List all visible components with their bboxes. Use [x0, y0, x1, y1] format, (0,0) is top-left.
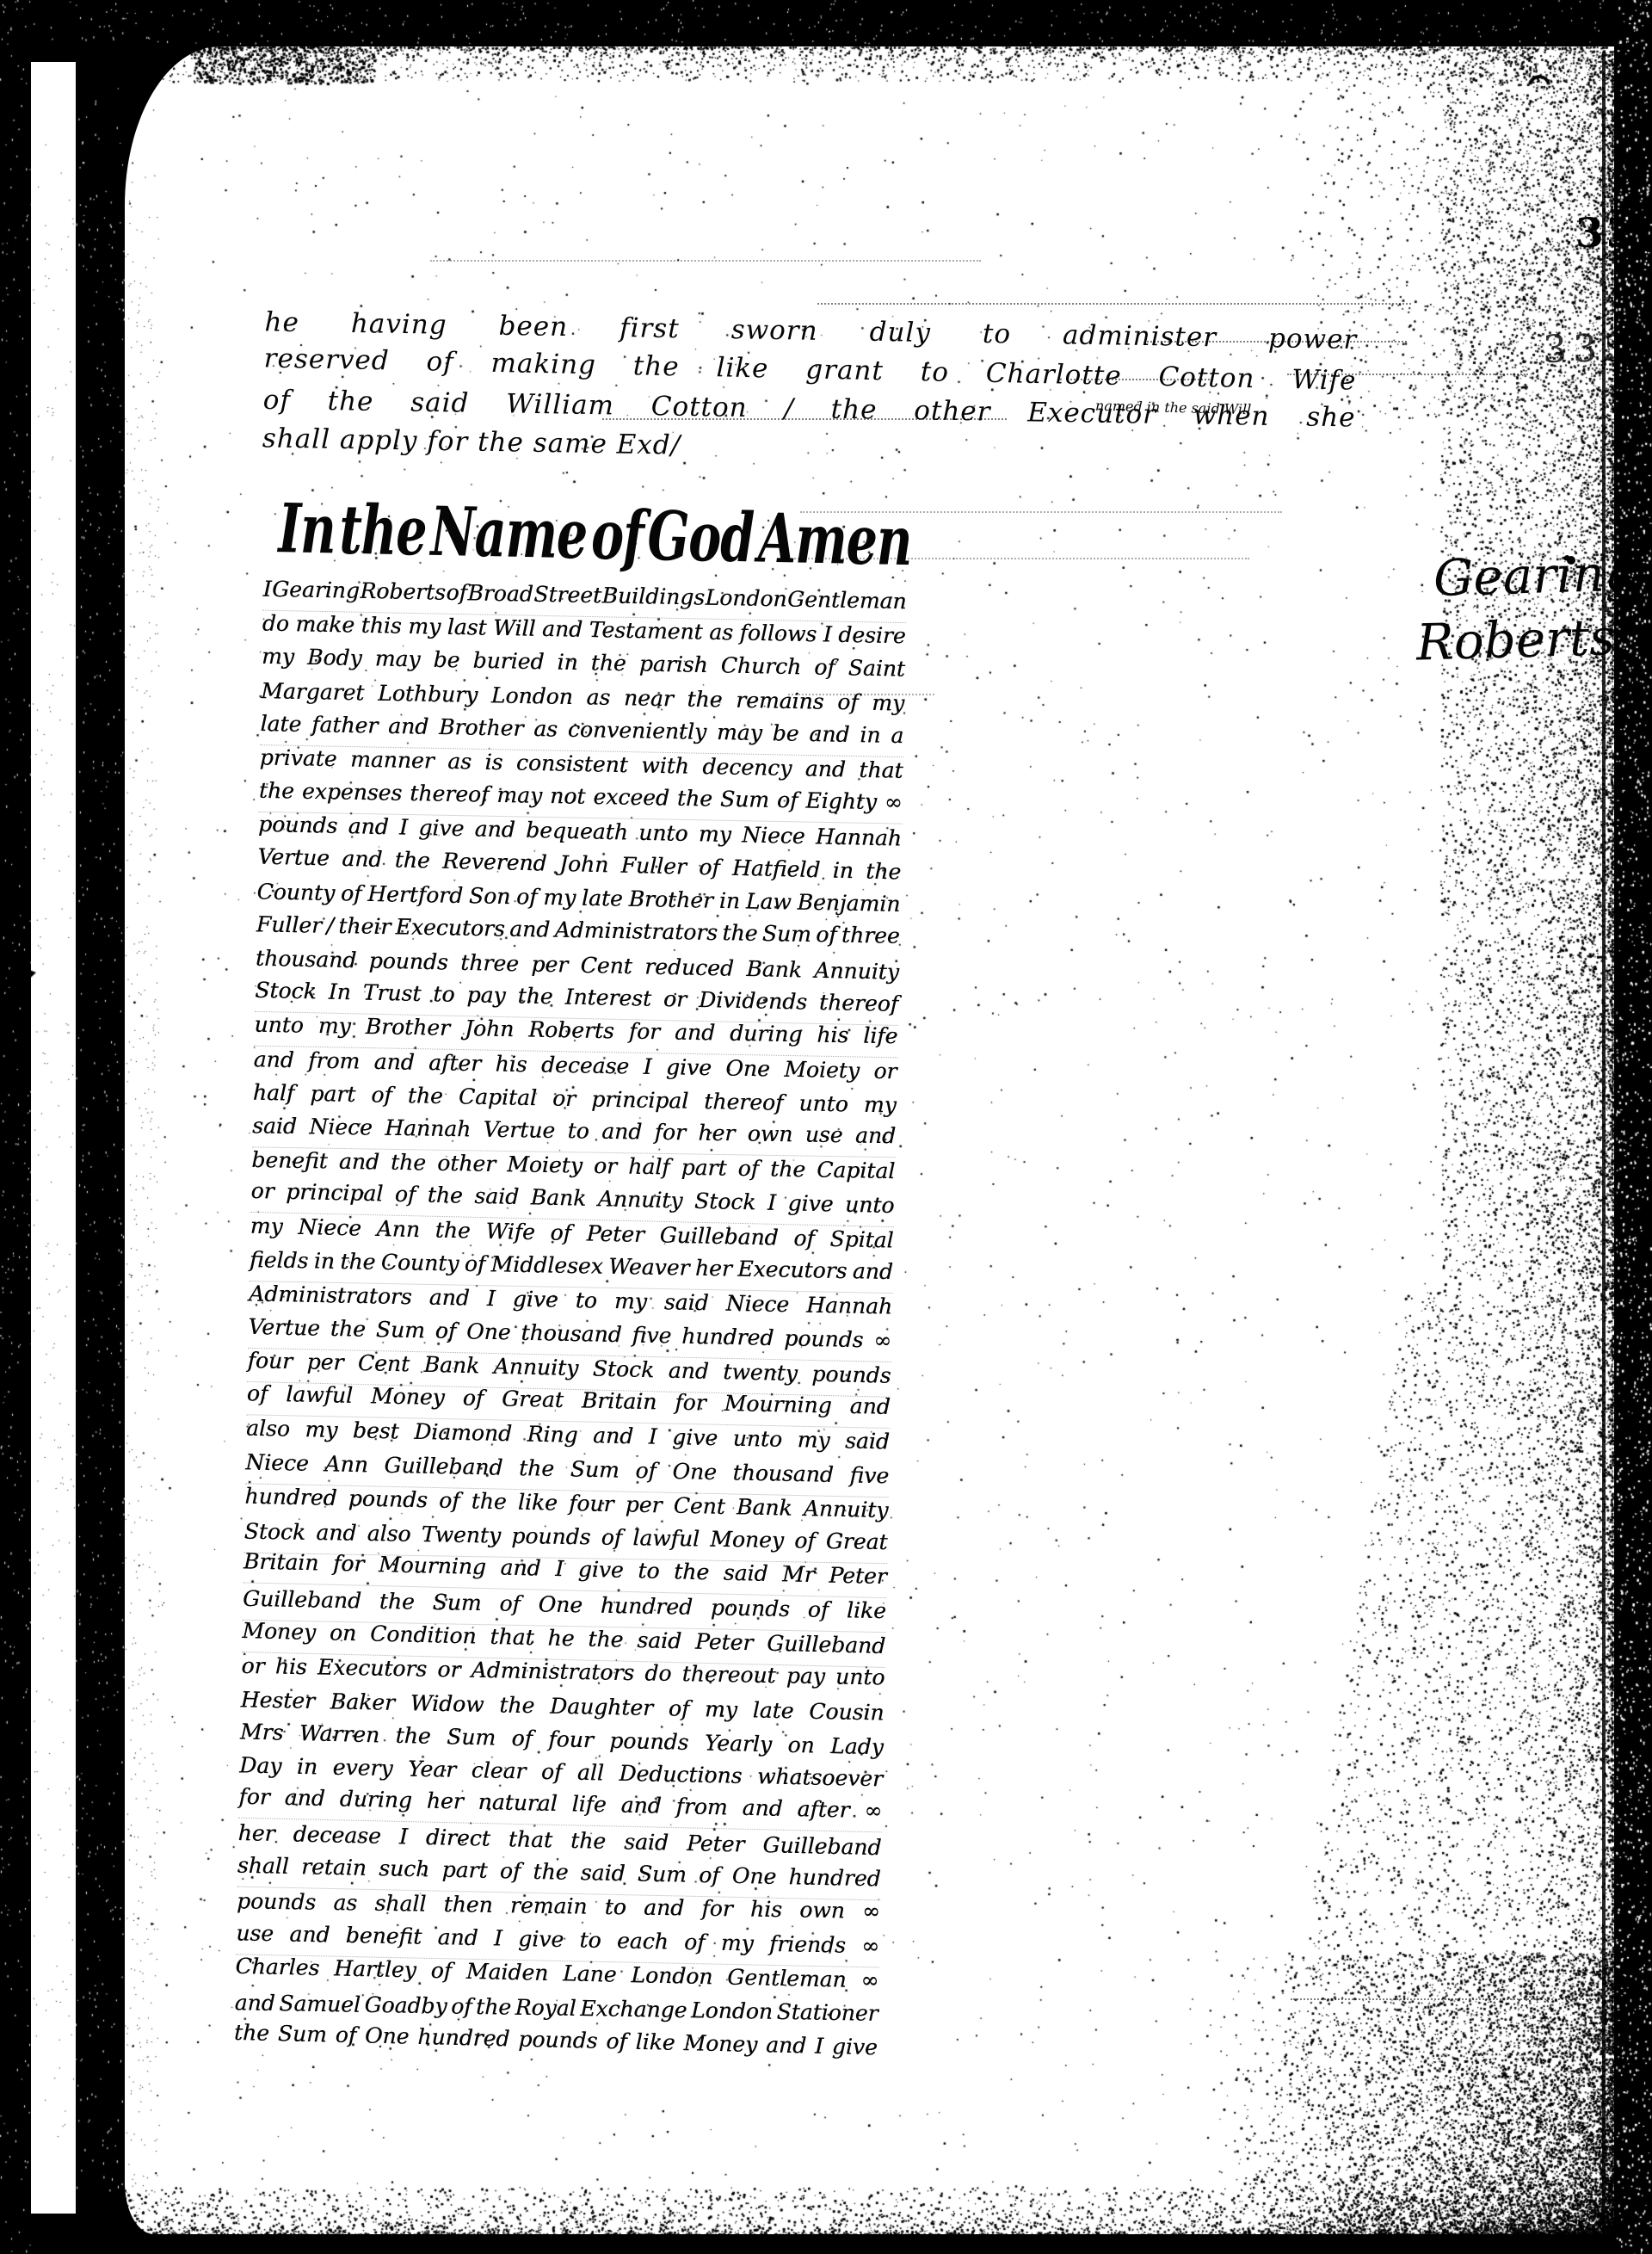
word: Lothbury	[378, 680, 478, 715]
word: Gentleman	[727, 1965, 847, 2001]
word: pounds	[811, 1361, 891, 1396]
word: Money	[371, 1384, 445, 1418]
word: and	[668, 1357, 709, 1392]
word: Spital	[829, 1226, 894, 1261]
word: thereof	[819, 990, 899, 1025]
word: said	[252, 1113, 297, 1146]
word: Cousin	[809, 1698, 885, 1732]
word: not	[550, 783, 586, 817]
word: also	[246, 1416, 291, 1450]
word: of	[499, 1858, 521, 1892]
word: the	[259, 777, 295, 811]
word: per	[625, 1491, 663, 1526]
word: Peter	[687, 1831, 745, 1865]
word: Weaver	[608, 1254, 690, 1288]
word: for	[238, 1784, 270, 1818]
word: private	[259, 744, 337, 779]
word: manner	[350, 746, 435, 781]
word: benefit	[345, 1923, 422, 1957]
word: from	[308, 1048, 361, 1083]
word: the	[533, 1858, 569, 1892]
feint-rule	[1287, 374, 1528, 375]
word: friends	[769, 1931, 847, 1966]
word: Street	[533, 582, 602, 616]
word: lawful	[632, 1525, 700, 1559]
word: Roberts	[528, 1016, 614, 1051]
ink-blot	[1567, 556, 1575, 565]
word: Diamond	[414, 1419, 513, 1454]
word: give	[418, 815, 465, 849]
word: as	[586, 684, 610, 718]
word: Mrs	[239, 1720, 283, 1754]
word: his	[750, 1897, 783, 1930]
word: Annuity	[803, 1496, 888, 1531]
word: said	[410, 387, 470, 427]
word: Fuller	[256, 911, 322, 946]
word: reduced	[644, 954, 734, 989]
word: of	[699, 1862, 720, 1896]
word: of	[371, 1082, 392, 1115]
word: sworn	[730, 314, 818, 355]
word: whatsoever	[757, 1763, 884, 1800]
word: do	[262, 610, 289, 644]
word: on	[787, 1732, 815, 1766]
word: give	[512, 1287, 558, 1321]
word: Lady	[830, 1733, 885, 1768]
word: my	[613, 1288, 647, 1322]
word: I	[486, 1286, 496, 1319]
word: Peter	[829, 1563, 887, 1597]
word: during	[339, 1787, 412, 1821]
word: he	[264, 306, 299, 346]
word: Guilleband	[243, 1586, 362, 1621]
word: of	[699, 855, 720, 888]
word: five	[632, 1323, 671, 1357]
word: Niece	[309, 1114, 373, 1148]
word: thereof	[410, 781, 490, 815]
word: every	[332, 1755, 393, 1789]
word: John	[465, 1016, 515, 1050]
word: One	[731, 1862, 776, 1897]
word: Will	[493, 614, 536, 649]
word: that	[859, 757, 903, 792]
word: three	[841, 923, 900, 957]
page-gutter-line	[1602, 52, 1606, 2229]
word: of	[246, 1381, 268, 1415]
word: of	[464, 1251, 485, 1285]
word: Margaret	[261, 678, 365, 713]
word: shall	[374, 1891, 426, 1925]
word: the	[471, 1488, 507, 1522]
word: the	[427, 1182, 463, 1216]
word: the	[570, 1828, 607, 1862]
word: and	[855, 1122, 897, 1156]
word: thousand	[732, 1460, 834, 1496]
word: my	[262, 644, 295, 677]
word: pay	[786, 1663, 825, 1696]
word: Church	[720, 653, 801, 688]
word: or	[594, 1153, 618, 1187]
word: or	[663, 986, 687, 1020]
word: Stationer	[776, 1999, 878, 2035]
word: Sum	[432, 1590, 482, 1624]
word: in	[557, 650, 578, 683]
word: unto	[254, 1011, 304, 1046]
word: of	[737, 1156, 759, 1189]
word: make	[295, 611, 354, 645]
word: three	[460, 949, 520, 984]
word: I	[398, 1824, 408, 1857]
word: the	[590, 651, 626, 684]
word: that	[490, 1624, 534, 1658]
word: Son	[469, 884, 511, 918]
word: of	[793, 1226, 815, 1259]
word: of	[262, 385, 291, 424]
word: natural	[478, 1789, 558, 1825]
word: of	[606, 2028, 627, 2061]
word: four	[548, 1726, 594, 1761]
word: Mourning	[724, 1391, 832, 1426]
word: London	[705, 585, 787, 620]
word: pounds	[609, 1728, 689, 1763]
word: /	[326, 913, 334, 947]
word: give	[518, 1926, 564, 1961]
word: Guilleband	[767, 1631, 886, 1667]
word: unto	[798, 1090, 848, 1125]
word: like	[847, 1597, 887, 1631]
word: of	[511, 1726, 533, 1759]
word: Gearing	[272, 577, 360, 612]
word: and	[388, 713, 429, 747]
word: such	[379, 1856, 430, 1890]
word: ∞	[864, 1798, 883, 1831]
word: the	[687, 686, 723, 719]
word: I	[399, 815, 409, 849]
word: I	[262, 577, 272, 610]
word: Hannah	[806, 1293, 893, 1328]
word: One	[466, 1318, 511, 1353]
word: he	[547, 1626, 575, 1659]
word: decease	[541, 1053, 630, 1087]
word: Reverend	[442, 848, 547, 884]
word: Year	[408, 1756, 457, 1790]
word: remains	[736, 688, 824, 723]
word: Niece	[725, 1291, 789, 1325]
feint-rule	[602, 418, 1007, 420]
word: the	[340, 1249, 376, 1282]
word: the	[830, 394, 878, 434]
word: and	[601, 1118, 643, 1152]
word: or	[250, 1178, 274, 1212]
word: said	[723, 1560, 768, 1595]
word: after	[428, 1050, 482, 1084]
word: Money	[710, 1526, 784, 1560]
word: Vertue	[248, 1314, 320, 1349]
word: the	[677, 785, 713, 818]
word: Maiden	[465, 1959, 548, 1994]
word: her	[698, 1120, 735, 1153]
word: to	[579, 1927, 601, 1961]
word: and	[289, 1921, 330, 1955]
word: Hester	[240, 1687, 315, 1721]
word: Cent	[580, 952, 632, 986]
word: and	[253, 1047, 294, 1081]
word: of	[446, 580, 467, 614]
word: my	[543, 885, 576, 918]
word: other	[437, 1151, 496, 1185]
word: hundred	[244, 1484, 337, 1519]
word: of	[426, 346, 454, 386]
word: four	[569, 1491, 614, 1525]
word: said	[637, 1627, 682, 1662]
word: duly	[869, 317, 931, 356]
word: of	[816, 922, 837, 955]
word: as	[333, 1890, 357, 1924]
word: Day	[239, 1752, 282, 1787]
word: Body	[307, 645, 362, 679]
word: best	[352, 1417, 398, 1452]
word: Administrators	[554, 917, 718, 954]
word: or	[437, 1657, 461, 1690]
word: of	[341, 881, 362, 915]
word: Guilleband	[762, 1832, 882, 1868]
word: like	[716, 352, 769, 392]
word: London	[490, 682, 573, 717]
word: the	[674, 1559, 710, 1594]
word: of	[814, 655, 835, 689]
word: their	[338, 913, 391, 948]
word: for	[628, 1018, 660, 1052]
word: per	[306, 1349, 344, 1383]
word: the	[519, 1456, 555, 1490]
word: with	[641, 752, 689, 787]
word: of	[777, 787, 798, 820]
word: Cent	[357, 1350, 410, 1385]
word: and	[509, 917, 551, 950]
word: I	[767, 1189, 777, 1223]
word: give	[672, 1424, 718, 1459]
word: hundred	[681, 1324, 774, 1359]
word: her	[695, 1256, 733, 1289]
word: this	[361, 612, 402, 646]
word: In	[278, 489, 336, 570]
word: and	[542, 616, 583, 651]
word: his	[274, 1654, 307, 1688]
word: benefit	[251, 1147, 328, 1182]
word: Peter	[586, 1221, 644, 1256]
word: be	[433, 647, 460, 681]
word: twenty	[723, 1359, 798, 1394]
word: own	[799, 1898, 845, 1931]
word: Benjamin	[797, 890, 900, 925]
word: unto	[845, 1191, 895, 1226]
word: or	[241, 1653, 265, 1687]
word: Niece	[245, 1450, 309, 1485]
word: to	[567, 1118, 589, 1152]
word: her	[237, 1820, 275, 1855]
word: own	[747, 1121, 792, 1154]
word: Middlesex	[490, 1251, 603, 1287]
word: Daughter	[550, 1693, 654, 1728]
word: Niece	[298, 1214, 361, 1249]
adjacent-page-edge	[31, 62, 76, 2214]
word: Brother	[628, 886, 713, 922]
word: Stock	[694, 1188, 756, 1222]
word: and	[852, 1258, 893, 1292]
word: Ring	[527, 1421, 578, 1455]
word: or	[873, 1059, 897, 1092]
word: Hannah	[816, 824, 903, 859]
word: then	[443, 1892, 493, 1925]
word: One	[725, 1056, 770, 1090]
word: the	[588, 1627, 624, 1661]
word: my	[305, 1417, 338, 1450]
word: and	[644, 1895, 685, 1929]
word: power	[1268, 323, 1358, 363]
word: clear	[471, 1757, 526, 1792]
word: Warren	[299, 1720, 379, 1756]
word: in	[832, 857, 854, 891]
word: Cotton	[1158, 361, 1255, 402]
word: I	[555, 1556, 564, 1590]
word: and	[675, 1019, 716, 1053]
word: and	[804, 756, 846, 790]
word: and	[373, 1049, 415, 1083]
word: Brother	[365, 1014, 450, 1048]
word: grant	[805, 354, 884, 394]
word: direct	[425, 1825, 490, 1859]
word: the	[234, 2019, 270, 2053]
word: Hatfield	[732, 855, 821, 891]
word: said	[845, 1428, 891, 1462]
word: pounds	[518, 2026, 598, 2061]
word: pounds	[710, 1595, 790, 1629]
word: of	[394, 1181, 416, 1214]
word: bequeath	[526, 818, 629, 853]
word: Eighty	[805, 787, 877, 822]
feint-rule	[800, 511, 1282, 513]
word: and	[316, 1520, 357, 1553]
word: Exchange	[580, 1996, 687, 2031]
word: pounds	[348, 1485, 428, 1521]
word: his	[495, 1052, 527, 1085]
word: Executors	[317, 1654, 428, 1689]
word: Baker	[330, 1689, 395, 1723]
word: desire	[838, 621, 906, 656]
word: the	[394, 847, 430, 881]
word: I	[643, 1054, 652, 1088]
word: in	[313, 1248, 335, 1281]
word: Hartley	[334, 1956, 416, 1992]
word: give	[666, 1055, 712, 1090]
word: Brother	[439, 714, 524, 749]
word: Money	[683, 2030, 758, 2066]
word: said	[624, 1829, 669, 1863]
word: buried	[472, 648, 545, 682]
word: Hertford	[367, 881, 464, 917]
word: from	[675, 1794, 728, 1828]
word: of	[591, 495, 644, 576]
word: exceed	[593, 784, 669, 818]
word: unto	[732, 1425, 782, 1460]
word: the	[517, 984, 553, 1017]
word: consistent	[515, 750, 628, 785]
word: decency	[702, 754, 792, 789]
word: making	[490, 348, 596, 389]
word: Lane	[563, 1961, 617, 1996]
word: four	[247, 1348, 293, 1382]
word: for	[333, 1551, 365, 1584]
scanned-document: hehavingbeenfirstsworndulytoadministerpo…	[0, 0, 1652, 2254]
word: In	[328, 979, 351, 1013]
word: ∞	[862, 1899, 880, 1932]
word: of	[794, 1528, 816, 1561]
word: last	[447, 614, 487, 647]
word: my	[863, 1092, 897, 1126]
word: principal	[591, 1086, 689, 1121]
word: Yearly	[704, 1731, 772, 1765]
word: God	[647, 497, 755, 578]
word: /	[784, 393, 794, 432]
word: Great	[826, 1528, 888, 1563]
word: Roberts	[360, 578, 446, 614]
word: other	[914, 395, 991, 435]
word: shall	[237, 1852, 289, 1887]
word: Sum	[447, 1724, 496, 1758]
word: hundred	[788, 1864, 881, 1899]
word: like	[635, 2029, 675, 2063]
word: my	[317, 1013, 351, 1047]
word: Broad	[467, 580, 533, 614]
word: pay	[466, 982, 506, 1016]
word: late	[582, 886, 623, 920]
word: of	[435, 1318, 456, 1352]
feint-rule	[785, 558, 1249, 559]
word: lawful	[286, 1381, 353, 1416]
word: the	[632, 350, 680, 390]
scan-border-bottom	[0, 2234, 1652, 2254]
feint-rule	[1291, 1998, 1593, 2000]
word: Moiety	[784, 1057, 860, 1091]
word: is	[484, 750, 503, 783]
word: and	[742, 1795, 783, 1830]
feint-rule	[788, 694, 934, 695]
word: said	[474, 1183, 520, 1218]
word: be	[772, 721, 799, 755]
word: to	[433, 981, 455, 1015]
word: and	[437, 1924, 478, 1959]
word: been	[498, 311, 568, 350]
word: Mr	[782, 1562, 815, 1596]
scan-border-top	[0, 0, 1652, 46]
word: Peter	[694, 1629, 753, 1664]
word: for	[701, 1896, 733, 1930]
word: Charles	[235, 1954, 320, 1989]
word: Moiety	[507, 1152, 583, 1186]
word: Name	[430, 492, 588, 575]
word: that	[508, 1826, 552, 1861]
word: reserved	[263, 343, 390, 384]
word: for	[654, 1119, 686, 1152]
word: on	[329, 1621, 356, 1654]
word: a	[891, 723, 904, 756]
word: Condition	[370, 1621, 477, 1658]
word: One	[365, 2022, 410, 2057]
word: Stock	[243, 1518, 305, 1553]
word: do	[644, 1660, 672, 1694]
word: his	[817, 1022, 849, 1055]
word: for	[675, 1390, 706, 1423]
